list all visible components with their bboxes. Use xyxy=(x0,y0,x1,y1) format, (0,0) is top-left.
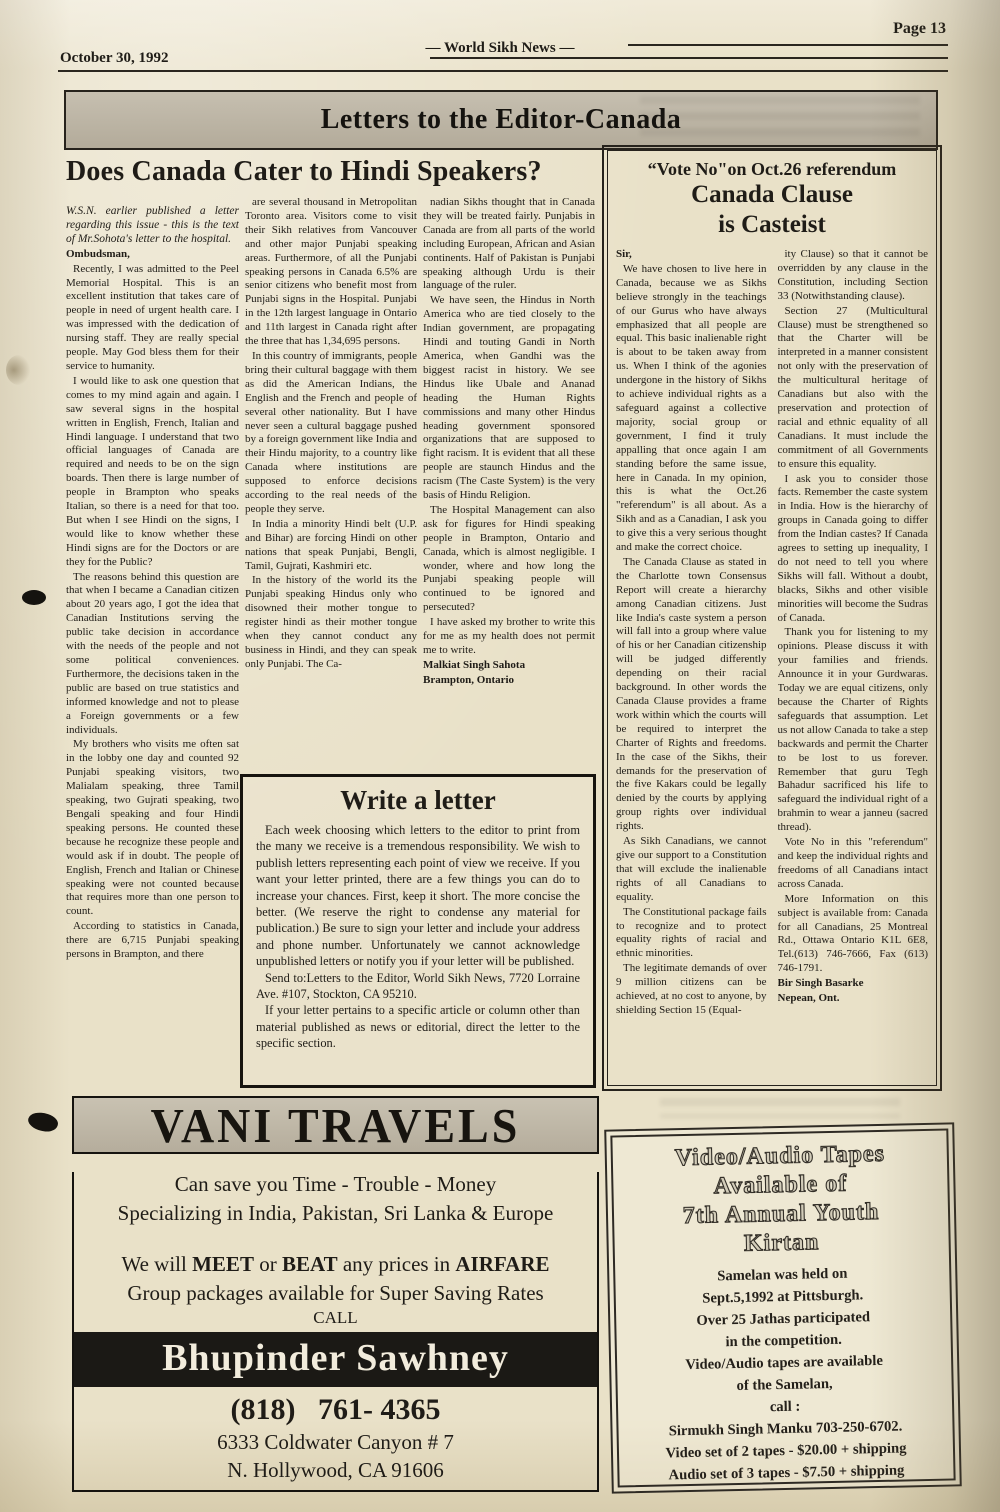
paper-shadow-mark xyxy=(6,355,32,385)
sidebar-column-1: Sir, We have chosen to live here in Cana… xyxy=(616,248,767,1080)
main-article-column-2: are several thousand in Metropolitan Tor… xyxy=(245,196,417,770)
masthead: — World Sikh News — xyxy=(0,40,1000,57)
main-article-column-1: W.S.N. earlier published a letter regard… xyxy=(66,205,239,1087)
vani-group-packages-line: Group packages available for Super Savin… xyxy=(74,1281,597,1306)
video-ad-title: Video/Audio Tapes Available of 7th Annua… xyxy=(617,1139,945,1262)
masthead-rule xyxy=(430,57,948,59)
article-salutation: Ombudsman, xyxy=(66,248,239,262)
article-paragraph: I have asked my brother to write this fo… xyxy=(423,616,595,658)
sidebar-headline-line1: Canada Clause xyxy=(616,180,928,210)
vani-agent-name: Bhupinder Sawhney xyxy=(162,1337,509,1379)
sidebar-signature-name: Bir Singh Basarke xyxy=(778,977,929,991)
video-audio-tapes-ad: Video/Audio Tapes Available of 7th Annua… xyxy=(604,1122,962,1493)
airfare-text: or xyxy=(254,1252,282,1276)
article-paragraph: In the history of the world its the Punj… xyxy=(245,574,417,671)
article-paragraph: I would like to ask one question that co… xyxy=(66,375,239,570)
sidebar-salutation: Sir, xyxy=(616,248,767,262)
sidebar-paragraph: More Information on this subject is avai… xyxy=(778,893,929,976)
vani-address-line1: 6333 Coldwater Canyon # 7 xyxy=(74,1430,597,1455)
bleed-through-artifact xyxy=(640,96,920,144)
sidebar-signature-place: Nepean, Ont. xyxy=(778,992,929,1006)
write-a-letter-box: Write a letter Each week choosing which … xyxy=(240,774,596,1088)
vani-address-line2: N. Hollywood, CA 91606 xyxy=(74,1458,597,1483)
sidebar-paragraph: We have chosen to live here in Canada, b… xyxy=(616,263,767,555)
sidebar-paragraph: ity Clause) so that it cannot be overrid… xyxy=(778,248,929,304)
article-paragraph: We have seen, the Hindus in North Americ… xyxy=(423,294,595,503)
airfare-beat: BEAT xyxy=(282,1252,338,1276)
article-intro: W.S.N. earlier published a letter regard… xyxy=(66,205,239,247)
article-paragraph: According to statistics in Canada, there… xyxy=(66,920,239,962)
airfare-text: any prices in xyxy=(338,1252,456,1276)
letter-signature-name: Malkiat Singh Sahota xyxy=(423,659,595,673)
spacer xyxy=(74,1226,597,1248)
sidebar-column-2: ity Clause) so that it cannot be overrid… xyxy=(778,248,929,1080)
write-a-letter-paragraph: Send to:Letters to the Editor, World Sik… xyxy=(256,970,580,1003)
vani-travels-title: VANI TRAVELS xyxy=(151,1097,521,1153)
vani-airfare-line: We will MEET or BEAT any prices in AIRFA… xyxy=(74,1252,597,1277)
letter-signature-place: Brampton, Ontario xyxy=(423,674,595,688)
article-paragraph: My brothers who visits me often sat in t… xyxy=(66,738,239,919)
sidebar-paragraph: The Constitutional package fails to reco… xyxy=(616,906,767,962)
article-paragraph: In this country of immigrants, people br… xyxy=(245,350,417,517)
sidebar-paragraph: Thank you for listening to my opinions. … xyxy=(778,626,929,835)
sidebar-paragraph: The legitimate demands of over 9 million… xyxy=(616,962,767,1018)
main-article-headline: Does Canada Cater to Hindi Speakers? xyxy=(66,156,611,188)
sidebar-paragraph: Vote No in this "referendum" and keep th… xyxy=(778,836,929,892)
main-article-column-3: nadian Sikhs thought that in Canada they… xyxy=(423,196,595,776)
article-paragraph: The reasons behind this question are tha… xyxy=(66,571,239,738)
airfare-text: We will xyxy=(121,1252,192,1276)
sidebar-headline-line2: is Casteist xyxy=(616,210,928,240)
sidebar-paragraph: The Canada Clause as stated in the Charl… xyxy=(616,556,767,834)
vani-phone-number: (818) 761- 4365 xyxy=(74,1393,597,1427)
hole-punch-mark xyxy=(22,590,46,605)
newspaper-page: October 30, 1992 — World Sikh News — Pag… xyxy=(0,0,1000,1512)
article-paragraph: In India a minority Hindi belt (U.P. and… xyxy=(245,518,417,574)
vani-call-label: CALL xyxy=(74,1308,597,1328)
sidebar-letter-inner: “Vote No"on Oct.26 referendum Canada Cla… xyxy=(607,150,937,1086)
vani-tagline-1: Can save you Time - Trouble - Money xyxy=(74,1172,597,1197)
header-rule-full xyxy=(58,70,948,72)
vani-tagline-2: Specializing in India, Pakistan, Sri Lan… xyxy=(74,1201,597,1226)
article-paragraph: The Hospital Management can also ask for… xyxy=(423,504,595,615)
video-ad-inner: Video/Audio Tapes Available of 7th Annua… xyxy=(610,1128,955,1487)
vani-agent-name-bar: Bhupinder Sawhney xyxy=(74,1332,597,1387)
hole-punch-mark xyxy=(26,1109,60,1135)
article-paragraph: nadian Sikhs thought that in Canada they… xyxy=(423,196,595,293)
section-banner-title: Letters to the Editor-Canada xyxy=(321,104,682,136)
video-ad-body: Samelan was held on Sept.5,1992 at Pitts… xyxy=(619,1261,950,1488)
sidebar-paragraph: As Sikh Canadians, we cannot give our su… xyxy=(616,835,767,905)
article-paragraph: Recently, I was admitted to the Peel Mem… xyxy=(66,263,239,374)
sidebar-paragraph: Section 27 (Multicultural Clause) must b… xyxy=(778,305,929,472)
sidebar-paragraph: I ask you to consider those facts. Remem… xyxy=(778,473,929,626)
sidebar-letter-box: “Vote No"on Oct.26 referendum Canada Cla… xyxy=(602,145,942,1091)
vani-travels-title-bar: VANI TRAVELS xyxy=(72,1096,599,1154)
article-paragraph: are several thousand in Metropolitan Tor… xyxy=(245,196,417,349)
header-rule-right xyxy=(628,44,948,46)
sidebar-kicker: “Vote No"on Oct.26 referendum xyxy=(616,159,928,180)
page-number: Page 13 xyxy=(760,20,946,38)
write-a-letter-paragraph: Each week choosing which letters to the … xyxy=(256,822,580,970)
write-a-letter-paragraph: If your letter pertains to a specific ar… xyxy=(256,1002,580,1051)
airfare-meet: MEET xyxy=(192,1252,254,1276)
write-a-letter-title: Write a letter xyxy=(256,785,580,816)
airfare-airfare: AIRFARE xyxy=(455,1252,549,1276)
vani-travels-ad: VANI TRAVELS Can save you Time - Trouble… xyxy=(72,1096,599,1474)
vani-travels-body: Can save you Time - Trouble - Money Spec… xyxy=(72,1172,599,1492)
bleed-through-artifact xyxy=(660,1098,900,1118)
